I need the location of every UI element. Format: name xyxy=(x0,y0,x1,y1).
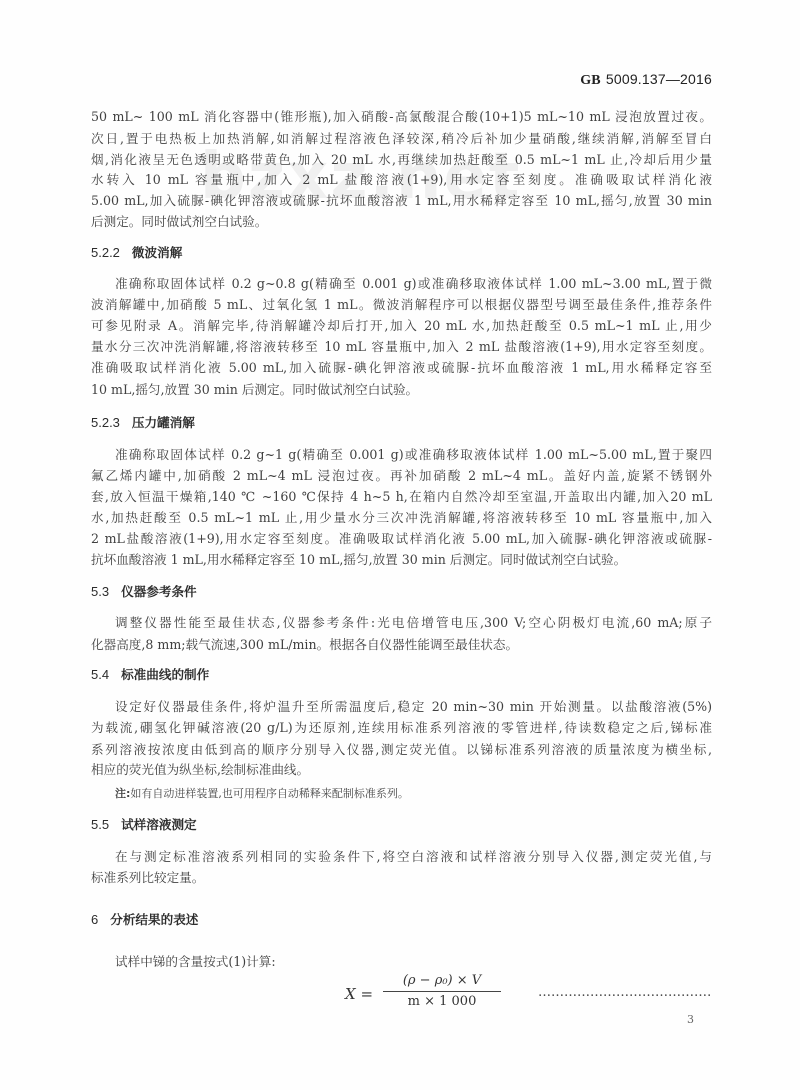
section-title: 分析结果的表述 xyxy=(110,912,198,927)
formula-numerator: (ρ − ρ₀) × V xyxy=(383,972,501,990)
section-heading-5-4: 5.4标准曲线的制作 xyxy=(91,666,209,684)
note-label: 注: xyxy=(115,787,130,800)
standard-prefix: GB xyxy=(580,73,601,88)
section-heading-5-3: 5.3仪器参考条件 xyxy=(91,583,197,601)
paragraph-line: 准确吸取试样消化液 5.00 mL,加入硫脲-碘化钾溶液或硫脲-抗坏血酸溶液 1… xyxy=(91,359,712,377)
section-number: 5.3 xyxy=(91,584,109,599)
paragraph-line: 烟,消化液呈无色透明或略带黄色,加入 20 mL 水,再继续加热赶酸至 0.5 … xyxy=(91,151,712,169)
document-page: bzxz.net GB5009.137—2016 50 mL~ 100 mL 消… xyxy=(0,0,800,1090)
paragraph-line: 氟乙烯内罐中,加硝酸 2 mL~4 mL 浸泡过夜。再补加硝酸 2 mL~4 m… xyxy=(91,467,712,485)
note-text: 如有自动进样装置,也可用程序自动稀释来配制标准系列。 xyxy=(130,787,409,800)
paragraph-line: 准确称取固体试样 0.2 g~1 g(精确至 0.001 g)或准确移取液体试样… xyxy=(115,446,712,464)
paragraph-line: 为载流,硼氢化钾碱溶液(20 g/L)为还原剂,连续用标准系列溶液的零管进样,待… xyxy=(91,719,712,737)
paragraph-line: 化器高度,8 mm;载气流速,300 mL/min。根据各自仪器性能调至最佳状态… xyxy=(91,636,712,654)
paragraph-line: 次日,置于电热板上加热消解,如消解过程溶液色泽较深,稍冷后补加少量硝酸,继续消解… xyxy=(91,130,712,148)
paragraph-line: 系列溶液按浓度由低到高的顺序分别导入仪器,测定荧光值。以锑标准系列溶液的质量浓度… xyxy=(91,741,712,759)
section-number: 5.2.3 xyxy=(91,415,120,430)
paragraph-line: 水,加热赶酸至 0.5 mL~1 mL 止,用少量水分三次冲洗消解罐,将溶液转移… xyxy=(91,509,712,527)
equation-number: ……………………………………(1) xyxy=(538,985,712,1001)
standard-code-header: GB5009.137—2016 xyxy=(580,71,712,89)
paragraph-line: 10 mL,摇匀,放置 30 min 后测定。同时做试剂空白试验。 xyxy=(91,381,712,399)
section-title: 标准曲线的制作 xyxy=(121,667,209,682)
paragraph-line: 2 mL盐酸溶液(1+9),用水定容至刻度。准确吸取试样消化液 5.00 mL,… xyxy=(91,530,712,548)
section-heading-5-2-3: 5.2.3压力罐消解 xyxy=(91,414,195,432)
section-number: 5.2.2 xyxy=(91,245,120,260)
paragraph-line: 量水分三次冲洗消解罐,将溶液转移至 10 mL 容量瓶中,加入 2 mL 盐酸溶… xyxy=(91,338,712,356)
section-number: 5.4 xyxy=(91,667,109,682)
section-heading-5-5: 5.5试样溶液测定 xyxy=(91,816,197,834)
formula-fraction: (ρ − ρ₀) × V m × 1 000 xyxy=(383,972,501,1011)
paragraph-line: 5.00 mL,加入硫脲-碘化钾溶液或硫脲-抗坏血酸溶液 1 mL,用水稀释定容… xyxy=(91,192,712,210)
paragraph-line: 水转入 10 mL 容量瓶中,加入 2 mL 盐酸溶液(1+9),用水定容至刻度… xyxy=(91,171,712,189)
fraction-bar xyxy=(383,991,501,992)
section-title: 试样溶液测定 xyxy=(121,817,197,832)
section-number: 5.5 xyxy=(91,817,109,832)
section-title: 微波消解 xyxy=(132,245,182,260)
paragraph-line: 调整仪器性能至最佳状态,仪器参考条件:光电倍增管电压,300 V;空心阴极灯电流… xyxy=(115,614,712,632)
paragraph-line: 准确称取固体试样 0.2 g~0.8 g(精确至 0.001 g)或准确移取液体… xyxy=(115,275,712,293)
paragraph-line: 抗坏血酸溶液 1 mL,用水稀释定容至 10 mL,摇匀,放置 30 min 后… xyxy=(91,551,712,569)
paragraph-line: 可参见附录 A。消解完毕,待消解罐冷却后打开,加入 20 mL 水,加热赶酸至 … xyxy=(91,317,712,335)
paragraph-line: 试样中锑的含量按式(1)计算: xyxy=(115,953,712,971)
paragraph-line: 套,放入恒温干燥箱,140 ℃ ~160 ℃保持 4 h~5 h,在箱内自然冷却… xyxy=(91,488,712,506)
paragraph-line: 设定好仪器最佳条件,将炉温升至所需温度后,稳定 20 min~30 min 开始… xyxy=(115,698,712,716)
page-number: 3 xyxy=(687,1013,694,1026)
standard-number: 5009.137—2016 xyxy=(606,71,712,87)
paragraph-line: 在与测定标准溶液系列相同的实验条件下,将空白溶液和试样溶液分别导入仪器,测定荧光… xyxy=(115,848,712,866)
section-heading-5-2-2: 5.2.2微波消解 xyxy=(91,244,182,262)
section-title: 仪器参考条件 xyxy=(121,584,197,599)
formula-lhs: X = xyxy=(345,985,373,1003)
section-title: 压力罐消解 xyxy=(132,415,195,430)
paragraph-line: 相应的荧光值为纵坐标,绘制标准曲线。 xyxy=(91,761,712,779)
note: 注:如有自动进样装置,也可用程序自动稀释来配制标准系列。 xyxy=(115,786,409,802)
paragraph-line: 波消解罐中,加硝酸 5 mL、过氧化氢 1 mL。微波消解程序可以根据仪器型号调… xyxy=(91,296,712,314)
section-number: 6 xyxy=(91,912,98,927)
paragraph-line: 标准系列比较定量。 xyxy=(91,869,712,887)
paragraph-line: 50 mL~ 100 mL 消化容器中(锥形瓶),加入硝酸-高氯酸混合酸(10+… xyxy=(91,108,712,126)
section-heading-6: 6分析结果的表述 xyxy=(91,911,198,929)
paragraph-line: 后测定。同时做试剂空白试验。 xyxy=(91,213,712,231)
formula-denominator: m × 1 000 xyxy=(383,993,501,1011)
